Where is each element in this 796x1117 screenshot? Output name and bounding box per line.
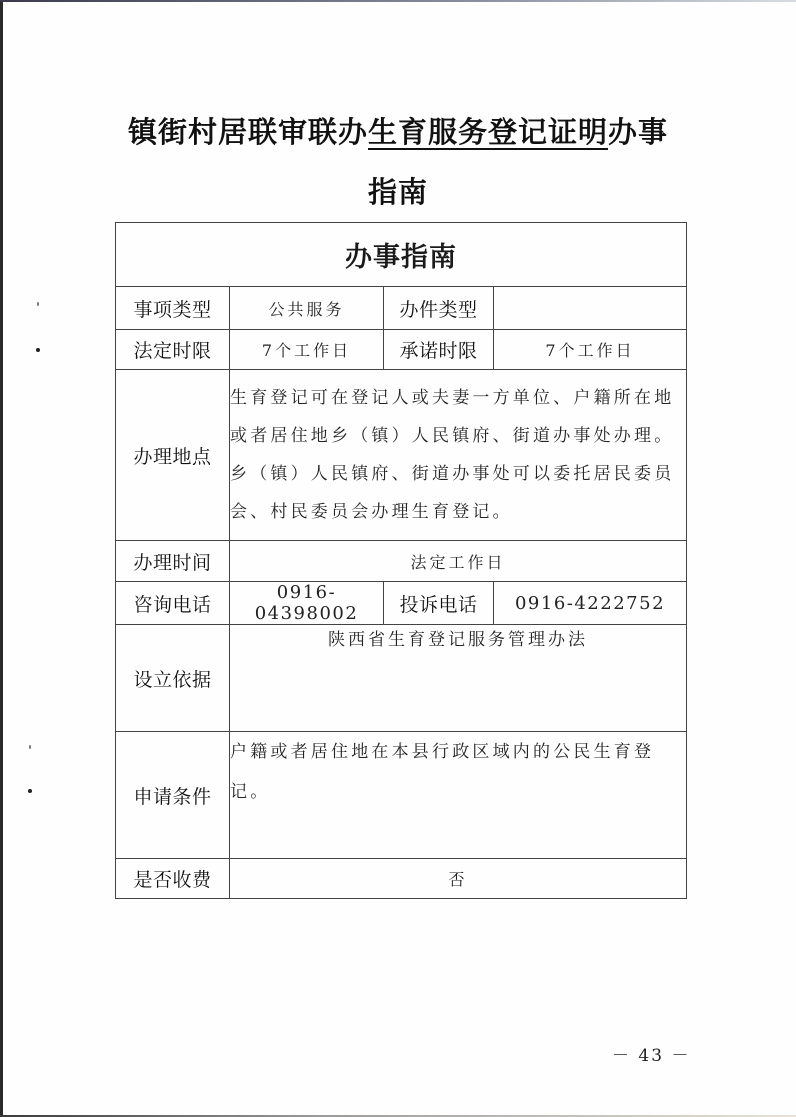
title-suffix: 办事 xyxy=(608,115,668,149)
consult-phone-value: 0916-04398002 xyxy=(230,582,384,625)
table-row: 咨询电话 0916-04398002 投诉电话 0916-4222752 xyxy=(116,582,687,625)
binding-hole-mark xyxy=(36,348,40,352)
promised-limit-label: 承诺时限 xyxy=(384,330,494,370)
title-underlined-service: 生育服务登记证明 xyxy=(368,115,608,149)
table-row: 法定时限 7个工作日 承诺时限 7个工作日 xyxy=(116,330,687,370)
fee-label: 是否收费 xyxy=(116,859,230,899)
item-type-value: 公共服务 xyxy=(230,287,384,330)
fee-value: 否 xyxy=(230,859,687,899)
table-header: 办事指南 xyxy=(116,223,687,287)
location-value: 生育登记可在登记人或夫妻一方单位、户籍所在地或者居住地乡（镇）人民镇府、街道办事… xyxy=(230,370,687,541)
case-type-label: 办件类型 xyxy=(384,287,494,330)
binding-hole-mark xyxy=(37,302,39,306)
scan-edge-top xyxy=(0,0,796,2)
promised-limit-value: 7个工作日 xyxy=(494,330,687,370)
consult-phone-label: 咨询电话 xyxy=(116,582,230,625)
conditions-label: 申请条件 xyxy=(116,732,230,859)
table-row: 设立依据 陕西省生育登记服务管理办法 xyxy=(116,625,687,732)
hours-value: 法定工作日 xyxy=(230,541,687,582)
title-prefix: 镇街村居联审联办 xyxy=(128,115,368,149)
document-title-line2: 指南 xyxy=(0,170,796,211)
hours-label: 办理时间 xyxy=(116,541,230,582)
complaint-phone-value: 0916-4222752 xyxy=(494,582,687,625)
page-number: － 43 － xyxy=(612,1041,690,1066)
conditions-value: 户籍或者居住地在本县行政区域内的公民生育登记。 xyxy=(230,732,687,859)
complaint-phone-label: 投诉电话 xyxy=(384,582,494,625)
legal-limit-label: 法定时限 xyxy=(116,330,230,370)
table-row: 办理时间 法定工作日 xyxy=(116,541,687,582)
scan-edge-left xyxy=(0,0,3,1117)
legal-limit-value: 7个工作日 xyxy=(230,330,384,370)
service-guide-table: 办事指南 事项类型 公共服务 办件类型 法定时限 7个工作日 承诺时限 7个工作… xyxy=(115,222,687,899)
item-type-label: 事项类型 xyxy=(116,287,230,330)
document-title-line1: 镇街村居联审联办生育服务登记证明办事 xyxy=(0,110,796,151)
basis-value: 陕西省生育登记服务管理办法 xyxy=(230,625,687,732)
table-row: 办理地点 生育登记可在登记人或夫妻一方单位、户籍所在地或者居住地乡（镇）人民镇府… xyxy=(116,370,687,541)
binding-hole-mark xyxy=(28,789,32,793)
location-label: 办理地点 xyxy=(116,370,230,541)
case-type-value xyxy=(494,287,687,330)
table-row: 是否收费 否 xyxy=(116,859,687,899)
basis-label: 设立依据 xyxy=(116,625,230,732)
table-row: 事项类型 公共服务 办件类型 xyxy=(116,287,687,330)
binding-hole-mark xyxy=(29,745,31,749)
table-row: 申请条件 户籍或者居住地在本县行政区域内的公民生育登记。 xyxy=(116,732,687,859)
